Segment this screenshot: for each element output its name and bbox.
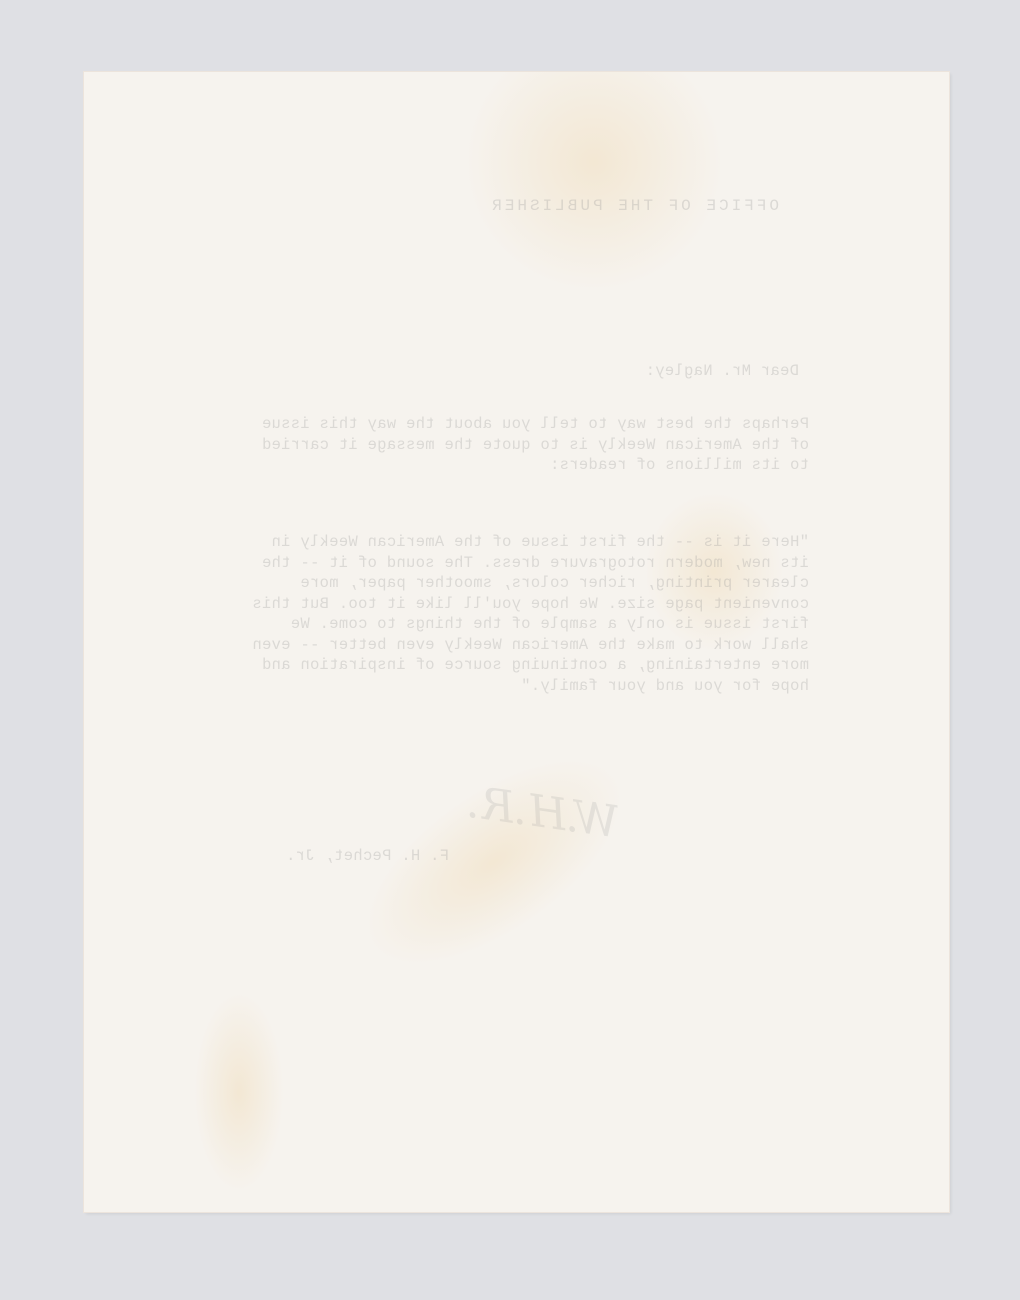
- letterhead-heading: OFFICE OF THE PUBLISHER: [489, 197, 779, 215]
- signer-name: F. H. Pechet, Jr.: [286, 847, 449, 865]
- body-paragraph-1: Perhaps the best way to tell you about t…: [249, 414, 809, 476]
- handwritten-signature: W.H.R.: [463, 777, 621, 849]
- salutation: Dear Mr. Nagley:: [645, 362, 799, 380]
- show-through-text: OFFICE OF THE PUBLISHER Dear Mr. Nagley:…: [84, 72, 949, 1212]
- letter-page: OFFICE OF THE PUBLISHER Dear Mr. Nagley:…: [84, 72, 949, 1212]
- body-paragraph-2: "Here it is -- the first issue of the Am…: [249, 532, 809, 696]
